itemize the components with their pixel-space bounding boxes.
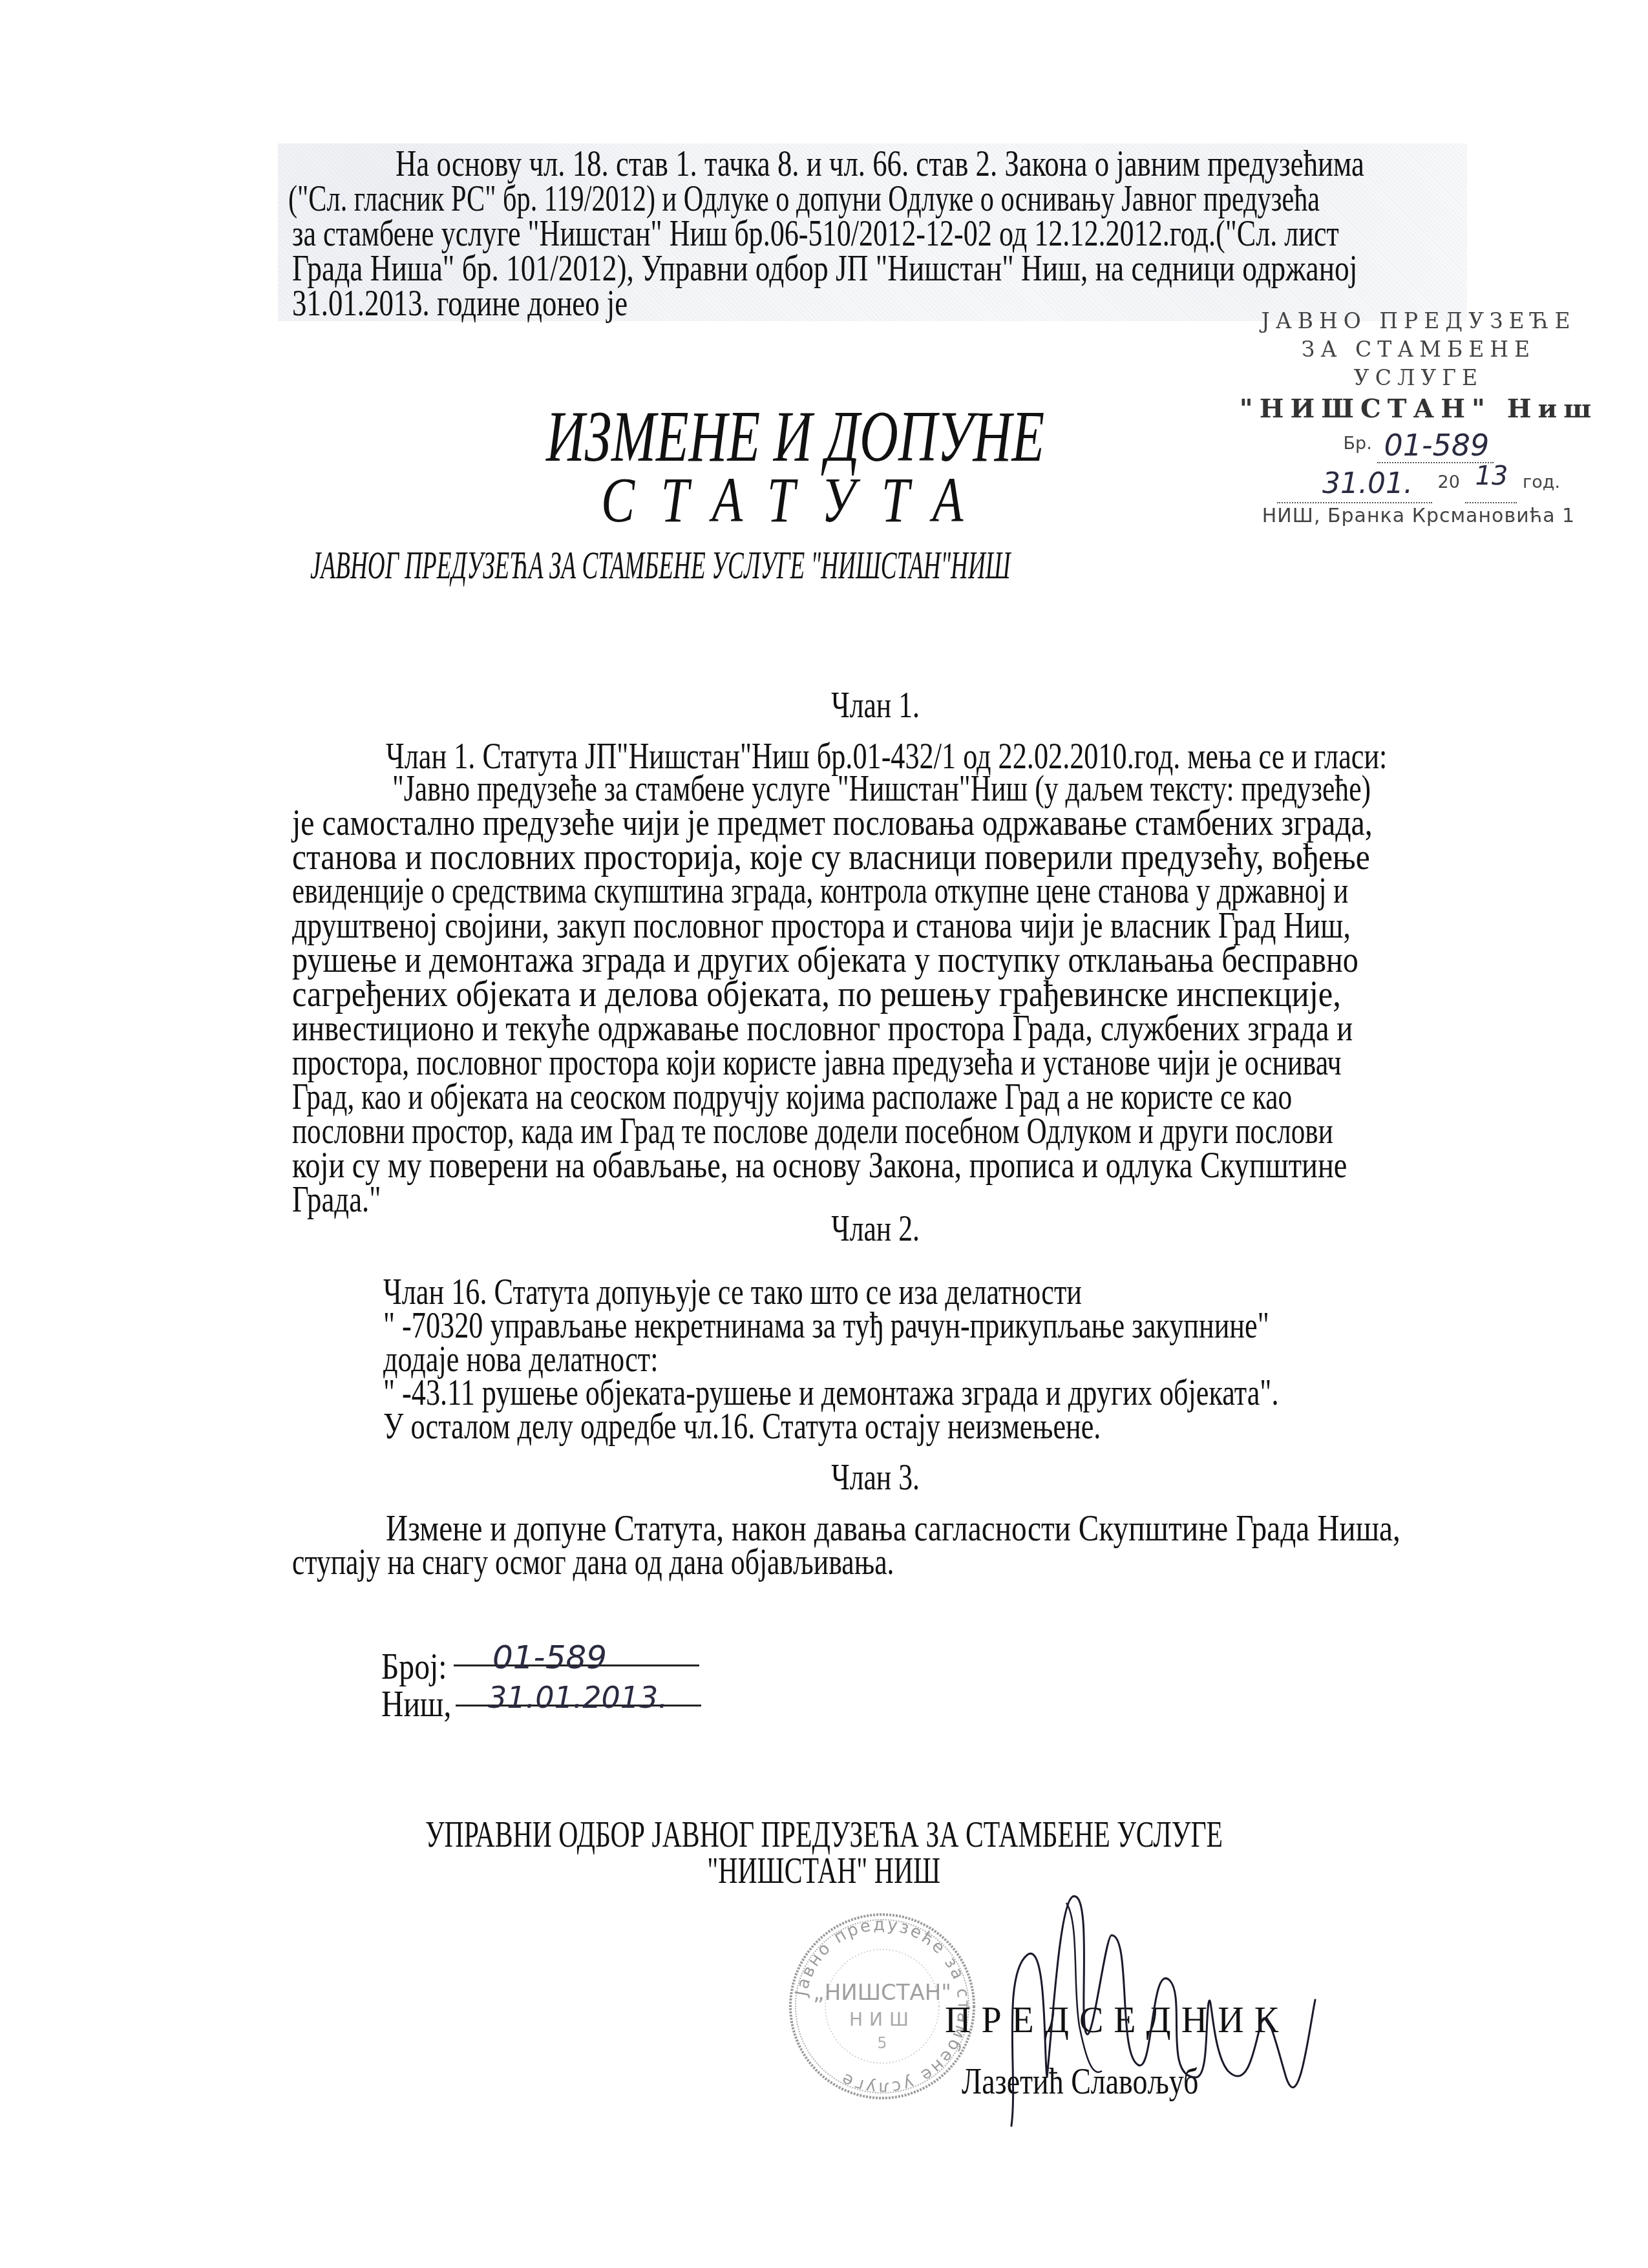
stamp-address: НИШ, Бранка Крсмановића 1 — [1238, 503, 1600, 529]
article-line: инвестиционо и текуће одржавање пословно… — [292, 1011, 1353, 1047]
svg-text:5: 5 — [877, 2034, 887, 2052]
article-line: Града." — [292, 1182, 381, 1219]
footer-place-label: Ниш, — [381, 1684, 451, 1725]
article-line: У осталом делу одредбе чл.16. Статута ос… — [383, 1409, 1101, 1445]
article-line: друштвеној својини, закуп пословног прос… — [292, 908, 1351, 945]
article-line: Град, као и објеката на сеоском подручју… — [292, 1079, 1292, 1116]
article-line: ступају на снагу осмог дана од дана обја… — [292, 1544, 894, 1581]
stamp-number-value: 01-589 — [1384, 427, 1489, 463]
stamp-line-3: "НИШСТАН" Ниш — [1238, 392, 1600, 426]
preamble-line: 31.01.2013. године донео је — [292, 286, 628, 322]
preamble-line: Града Ниша" бр. 101/2012), Управни одбор… — [292, 251, 1357, 288]
signature — [982, 1884, 1318, 2142]
preamble-line: за стамбене услуге "Нишстан" Ниш бр.06-5… — [292, 216, 1339, 253]
footer-number-label: Број: — [381, 1646, 447, 1688]
stamp-number-row: Бр. 01-589 — [1238, 426, 1600, 463]
stamp-date-value: 31.01. — [1322, 465, 1413, 503]
signature-scribble-icon — [982, 1884, 1318, 2142]
article-3-heading: Члан 3. — [746, 1457, 1005, 1498]
article-line: који су му поверени на обављање, на осно… — [292, 1148, 1347, 1184]
footer-registry: Број: 01-589 Ниш, 31.01.2013. — [381, 1646, 464, 1721]
svg-text:НИШ: НИШ — [849, 2009, 915, 2030]
stamp-year-suffix: год. — [1523, 472, 1560, 492]
registry-stamp: ЈАВНО ПРЕДУЗЕЋЕ ЗА СТАМБЕНЕ УСЛУГЕ "НИШС… — [1238, 307, 1600, 501]
article-line: евиденције о средствима скупштина зграда… — [292, 873, 1348, 910]
board-line-2: "НИШСТАН" НИШ — [707, 1849, 940, 1892]
document-subtitle: ЈАВНОГ ПРЕДУЗЕЋА ЗА СТАМБЕНЕ УСЛУГЕ "НИШ… — [310, 543, 1477, 589]
footer-date-value: 31.01.2013. — [488, 1680, 668, 1715]
article-line: простора, пословног простора који корист… — [292, 1045, 1342, 1082]
preamble-line: ("Сл. гласник РС" бр. 119/2012) и Одлуке… — [288, 181, 1320, 218]
article-line: "Јавно предузеће за стамбене услуге "Ниш… — [392, 771, 1371, 808]
article-2-heading: Члан 2. — [746, 1208, 1005, 1250]
document-title-statute: СТАТУТА — [601, 463, 1099, 537]
preamble-line: На основу чл. 18. став 1. тачка 8. и чл.… — [396, 146, 1364, 183]
article-line: рушење и демонтажа зграда и других објек… — [292, 942, 1358, 979]
stamp-year-value: 13 — [1475, 457, 1508, 496]
article-1-heading: Члан 1. — [746, 685, 1005, 726]
svg-text:„НИШСТАН": „НИШСТАН" — [813, 1980, 951, 2006]
footer-number-value: 01-589 — [492, 1639, 607, 1676]
board-name: УПРАВНИ ОДБОР ЈАВНОГ ПРЕДУЗЕЋА ЗА СТАМБЕ… — [0, 1812, 1648, 1885]
stamp-year-prefix: 20 — [1438, 472, 1460, 492]
stamp-number-label: Бр. — [1344, 434, 1372, 454]
article-line: сагређених објеката и делова објеката, п… — [292, 976, 1341, 1013]
article-line: је самостално предузеће чији је предмет … — [292, 805, 1373, 842]
article-line: пословни простор, када им Град те послов… — [292, 1113, 1333, 1150]
stamp-date-row: 31.01. 20 13 год. — [1238, 463, 1600, 503]
stamp-line-1: ЈАВНО ПРЕДУЗЕЋЕ — [1238, 307, 1600, 335]
stamp-line-2: ЗА СТАМБЕНЕ УСЛУГЕ — [1238, 335, 1600, 392]
